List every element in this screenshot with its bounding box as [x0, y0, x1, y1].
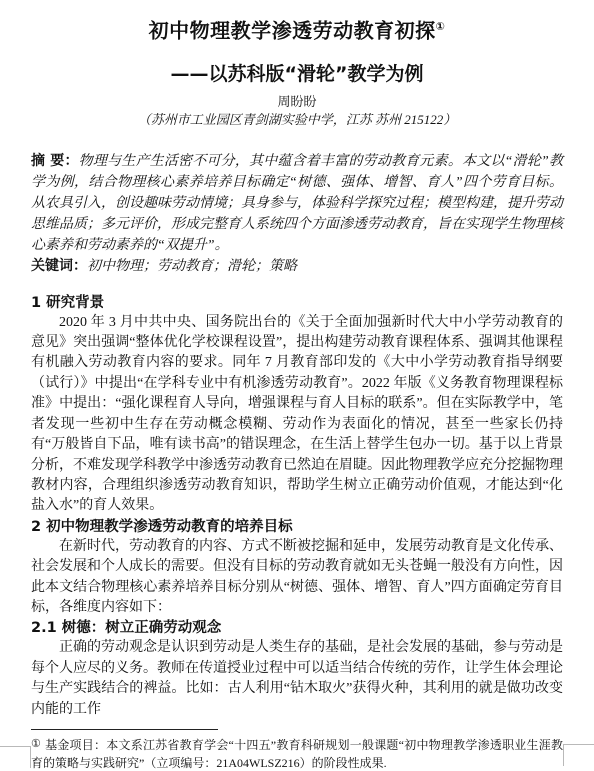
footnote-separator-line — [31, 729, 218, 730]
abstract-text: 物理与生产生活密不可分，其中蕴含着丰富的劳动教育元素。本文以“滑轮”教学为例，结… — [31, 154, 563, 253]
page-margin-mark-bottom-right — [563, 744, 594, 766]
section-1-heading: 1 研究背景 — [31, 293, 563, 313]
footnote-text: 基金项目：本文系江苏省教育学会“十四五”教育科研规划一般课题“初中物理教学渗透职… — [31, 738, 563, 770]
abstract-paragraph: 摘 要：物理与生产生活密不可分，其中蕴含着丰富的劳动教育元素。本文以“滑轮”教学… — [31, 151, 563, 256]
keywords-line: 关键词：初中物理；劳动教育；滑轮；策略 — [31, 256, 563, 277]
author-name: 周盼盼 — [31, 94, 563, 111]
page-title: 初中物理教学渗透劳动教育初探① — [31, 10, 563, 44]
footnote: ①基金项目：本文系江苏省教育学会“十四五”教育科研规划一般课题“初中物理教学渗透… — [31, 735, 563, 771]
section-2-heading: 2 初中物理教学渗透劳动教育的培养目标 — [31, 517, 563, 537]
footnote-marker: ① — [31, 738, 45, 750]
document-page: 初中物理教学渗透劳动教育初探① ——以苏科版“滑轮”教学为例 周盼盼 （苏州市工… — [0, 0, 594, 771]
page-subtitle: ——以苏科版“滑轮”教学为例 — [31, 61, 563, 87]
page-title-text: 初中物理教学渗透劳动教育初探 — [149, 19, 436, 43]
keywords-text: 初中物理；劳动教育；滑轮；策略 — [87, 259, 297, 274]
section-2-1-paragraph: 正确的劳动观念是认识到劳动是人类生存的基础，是社会发展的基础，参与劳动是每个人应… — [31, 638, 563, 720]
section-2-paragraph: 在新时代，劳动教育的内容、方式不断被挖掘和延申，发展劳动教育是文化传承、社会发展… — [31, 537, 563, 619]
author-affiliation: （苏州市工业园区青剑湖实验中学，江苏 苏州 215122） — [31, 111, 563, 128]
keywords-label: 关键词： — [31, 258, 87, 274]
title-footnote-marker: ① — [436, 20, 446, 33]
section-2-1-heading: 2.1 树德：树立正确劳动观念 — [31, 618, 563, 638]
section-1-paragraph: 2020 年 3 月中共中央、国务院出台的《关于全面加强新时代大中小学劳动教育的… — [31, 313, 563, 517]
page-margin-mark-bottom-left — [0, 746, 31, 768]
abstract-label: 摘 要： — [31, 153, 79, 169]
